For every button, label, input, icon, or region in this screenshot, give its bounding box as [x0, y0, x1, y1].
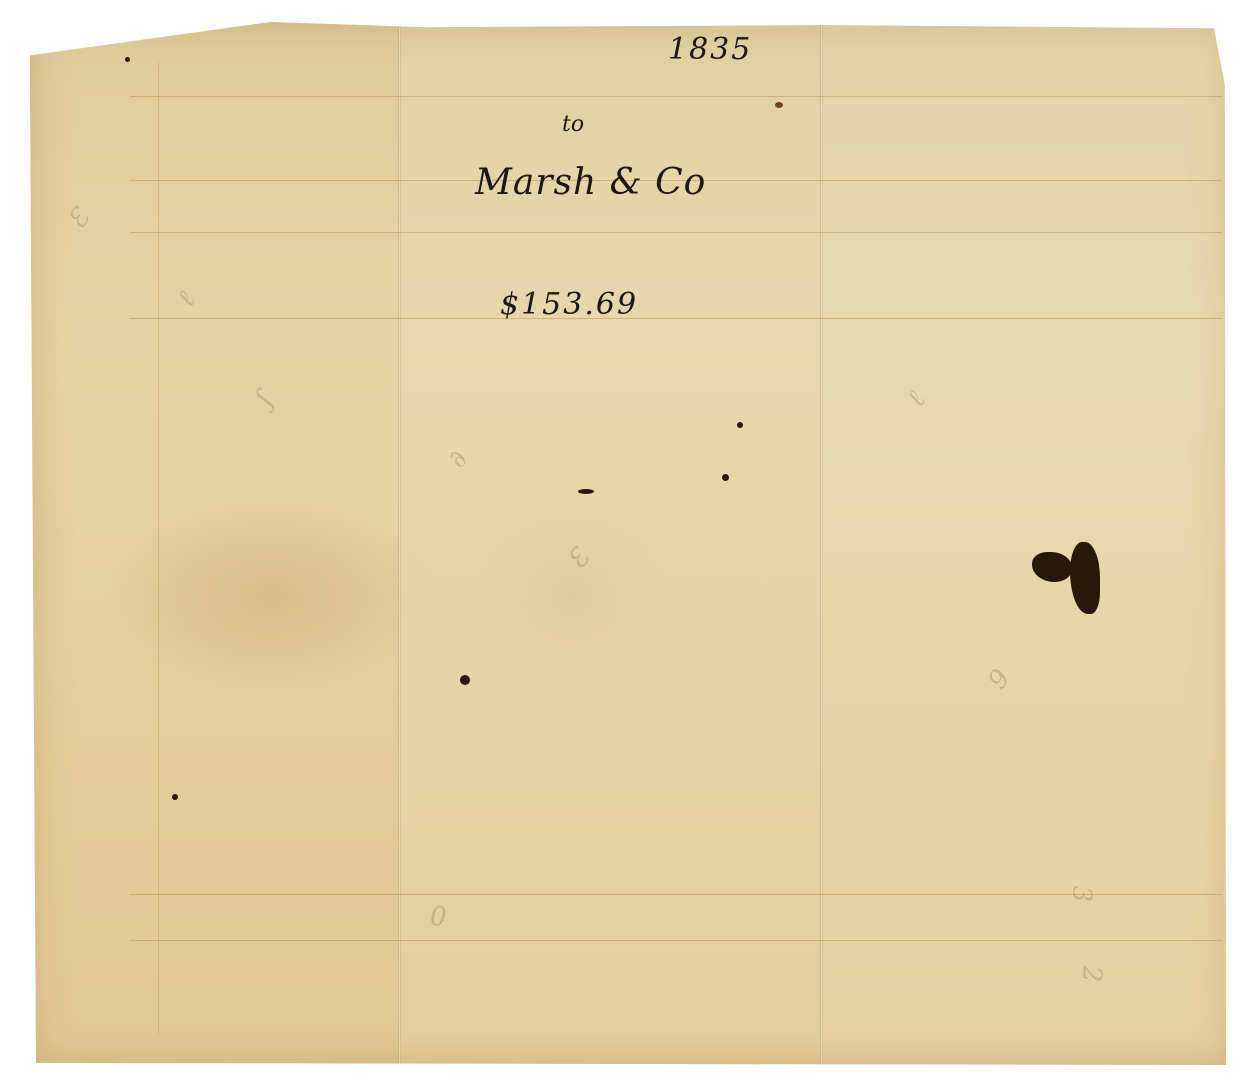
right-panel — [822, 22, 1232, 1065]
ink-spot — [125, 57, 130, 62]
bleed-through-text: 2 — [1076, 966, 1106, 989]
ruled-line — [130, 232, 1222, 233]
ruled-line — [130, 940, 1222, 941]
bleed-through-text: 0 — [430, 902, 453, 932]
invoice-amount: $153.69 — [500, 287, 638, 322]
bleed-through-text: 3 — [1066, 886, 1096, 909]
ink-spot — [737, 422, 743, 428]
ink-spot — [775, 102, 783, 108]
document-sheet: Ɛ ℓ ʃ ∂ Ɛ ℓ 9 0 3 2 1835 to Marsh & Co $… — [30, 22, 1232, 1065]
year-heading: 1835 — [668, 32, 752, 67]
ink-spot — [578, 489, 594, 494]
ink-spot — [722, 474, 729, 481]
to-label: to — [562, 112, 584, 137]
left-panel — [30, 22, 400, 1065]
fold-line-left — [398, 22, 401, 1065]
ink-spot — [172, 794, 178, 800]
ruled-line — [130, 318, 1222, 319]
fold-line-right — [820, 22, 823, 1065]
addressee-name: Marsh & Co — [475, 162, 706, 203]
ruled-line — [130, 96, 1222, 97]
ink-spot — [460, 675, 470, 685]
ruled-line — [130, 894, 1222, 895]
margin-line — [158, 62, 159, 1035]
